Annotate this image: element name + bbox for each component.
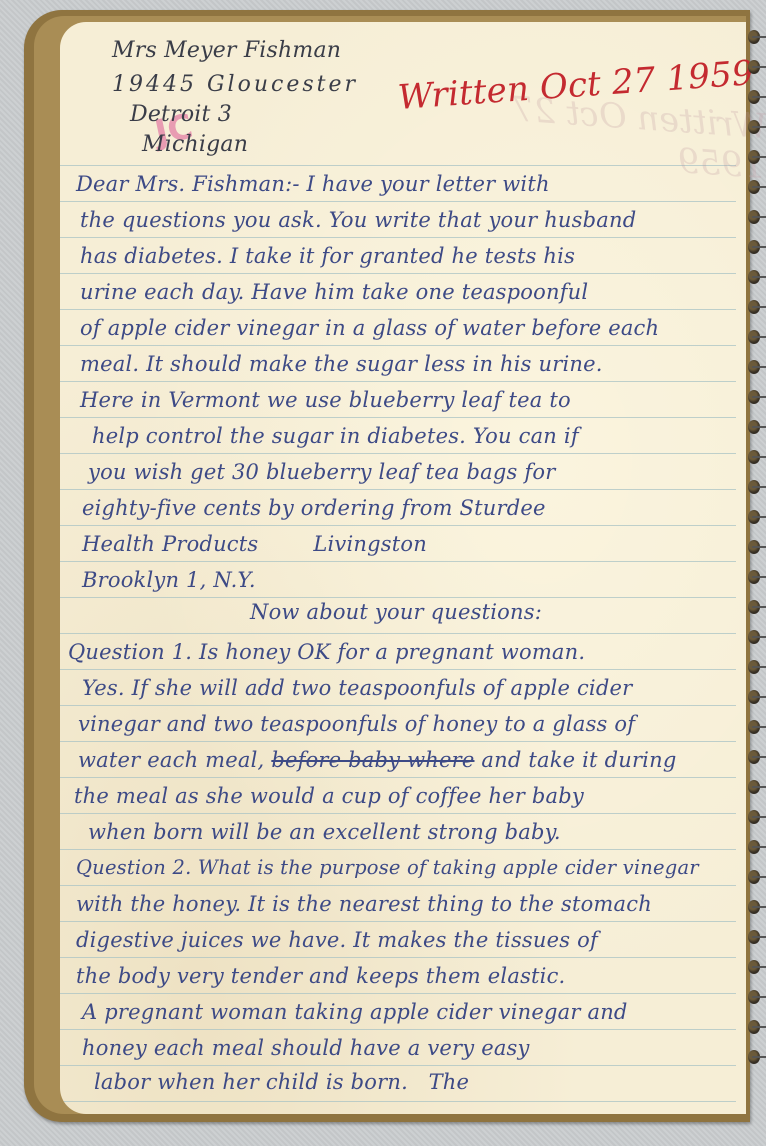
spiral-coil bbox=[748, 1020, 760, 1034]
address-state: Michigan bbox=[142, 132, 248, 157]
spiral-coil bbox=[748, 150, 760, 164]
letter-line: honey each meal should have a very easy bbox=[82, 1036, 530, 1060]
letter-line: meal. It should make the sugar less in h… bbox=[80, 352, 603, 376]
spiral-binding bbox=[742, 22, 766, 1092]
ruled-line bbox=[60, 597, 736, 598]
letter-line: you wish get 30 blueberry leaf tea bags … bbox=[88, 460, 555, 484]
spiral-coil bbox=[748, 120, 760, 134]
letter-line: Dear Mrs. Fishman:- I have your letter w… bbox=[76, 172, 550, 196]
spiral-coil bbox=[748, 480, 760, 494]
spiral-coil bbox=[748, 390, 760, 404]
ruled-line bbox=[60, 525, 736, 526]
address-name: Mrs Meyer Fishman bbox=[112, 38, 341, 63]
letter-text: and take it during bbox=[481, 748, 676, 772]
struck-out-text: before baby where bbox=[271, 748, 474, 772]
ruled-line bbox=[60, 489, 736, 490]
spiral-coil bbox=[748, 240, 760, 254]
ruled-line bbox=[60, 345, 736, 346]
spiral-coil bbox=[748, 750, 760, 764]
spiral-coil bbox=[748, 810, 760, 824]
ruled-line bbox=[60, 561, 736, 562]
spiral-coil bbox=[748, 870, 760, 884]
ruled-line bbox=[60, 741, 736, 742]
ruled-line bbox=[60, 993, 736, 994]
spiral-coil bbox=[748, 960, 760, 974]
ruled-line bbox=[60, 1101, 736, 1102]
spiral-coil bbox=[748, 930, 760, 944]
question-1: Question 1. Is honey OK for a pregnant w… bbox=[68, 640, 585, 664]
letter-line: eighty-five cents by ordering from Sturd… bbox=[82, 496, 546, 520]
spiral-coil bbox=[748, 900, 760, 914]
ruled-line bbox=[60, 309, 736, 310]
spiral-coil bbox=[748, 300, 760, 314]
letter-line: help control the sugar in diabetes. You … bbox=[92, 424, 579, 448]
letter-line: of apple cider vinegar in a glass of wat… bbox=[80, 316, 659, 340]
spiral-coil bbox=[748, 780, 760, 794]
ruled-line bbox=[60, 921, 736, 922]
address-city: Detroit 3 bbox=[130, 102, 232, 127]
ruled-line bbox=[60, 1029, 736, 1030]
letter-line: Yes. If she will add two teaspoonfuls of… bbox=[82, 676, 632, 700]
spiral-coil bbox=[748, 60, 760, 74]
letter-line: urine each day. Have him take one teaspo… bbox=[80, 280, 588, 304]
spiral-coil bbox=[748, 660, 760, 674]
ruled-line bbox=[60, 381, 736, 382]
question-2: Question 2. What is the purpose of takin… bbox=[76, 856, 699, 879]
address-street: 19445 Gloucester bbox=[112, 72, 358, 97]
spiral-coil bbox=[748, 1050, 760, 1064]
letter-line: water each meal, before baby where and t… bbox=[78, 748, 676, 772]
ruled-line bbox=[60, 849, 736, 850]
letter-line: has diabetes. I take it for granted he t… bbox=[80, 244, 575, 268]
letter-line: labor when her child is born. The bbox=[94, 1070, 469, 1094]
spiral-coil bbox=[748, 540, 760, 554]
spiral-coil bbox=[748, 690, 760, 704]
ruled-line bbox=[60, 633, 736, 634]
spiral-coil bbox=[748, 180, 760, 194]
letter-line: A pregnant woman taking apple cider vine… bbox=[82, 1000, 628, 1024]
ruled-line bbox=[60, 201, 736, 202]
ruled-line bbox=[60, 237, 736, 238]
ruled-line bbox=[60, 453, 736, 454]
spiral-coil bbox=[748, 330, 760, 344]
ruled-line bbox=[60, 1065, 736, 1066]
ruled-line bbox=[60, 885, 736, 886]
letter-line: Brooklyn 1, N.Y. bbox=[82, 568, 256, 592]
spiral-coil bbox=[748, 630, 760, 644]
letter-line: when born will be an excellent strong ba… bbox=[88, 820, 561, 844]
letter-text: water each meal, bbox=[78, 748, 264, 772]
letter-line: Health Products Livingston bbox=[82, 532, 427, 556]
spiral-coil bbox=[748, 210, 760, 224]
spiral-coil bbox=[748, 990, 760, 1004]
letter-line: the body very tender and keeps them elas… bbox=[76, 964, 565, 988]
spiral-coil bbox=[748, 30, 760, 44]
letter-line: Here in Vermont we use blueberry leaf te… bbox=[80, 388, 571, 412]
letter-line: with the honey. It is the nearest thing … bbox=[76, 892, 652, 916]
ruled-line bbox=[60, 705, 736, 706]
ruled-line bbox=[60, 777, 736, 778]
spiral-coil bbox=[748, 420, 760, 434]
spiral-coil bbox=[748, 270, 760, 284]
ruled-line bbox=[60, 417, 736, 418]
spiral-coil bbox=[748, 450, 760, 464]
spiral-coil bbox=[748, 840, 760, 854]
spiral-coil bbox=[748, 360, 760, 374]
ruled-line bbox=[60, 273, 736, 274]
letter-line: the questions you ask. You write that yo… bbox=[80, 208, 636, 232]
letter-line: vinegar and two teaspoonfuls of honey to… bbox=[78, 712, 635, 736]
ruled-line bbox=[60, 957, 736, 958]
letter-line: the meal as she would a cup of coffee he… bbox=[74, 784, 584, 808]
ruled-line bbox=[60, 813, 736, 814]
letter-line: digestive juices we have. It makes the t… bbox=[76, 928, 598, 952]
spiral-coil bbox=[748, 720, 760, 734]
spiral-coil bbox=[748, 600, 760, 614]
ruled-line bbox=[60, 669, 736, 670]
spiral-coil bbox=[748, 510, 760, 524]
letter-line: Now about your questions: bbox=[250, 600, 542, 624]
spiral-coil bbox=[748, 570, 760, 584]
spiral-coil bbox=[748, 90, 760, 104]
